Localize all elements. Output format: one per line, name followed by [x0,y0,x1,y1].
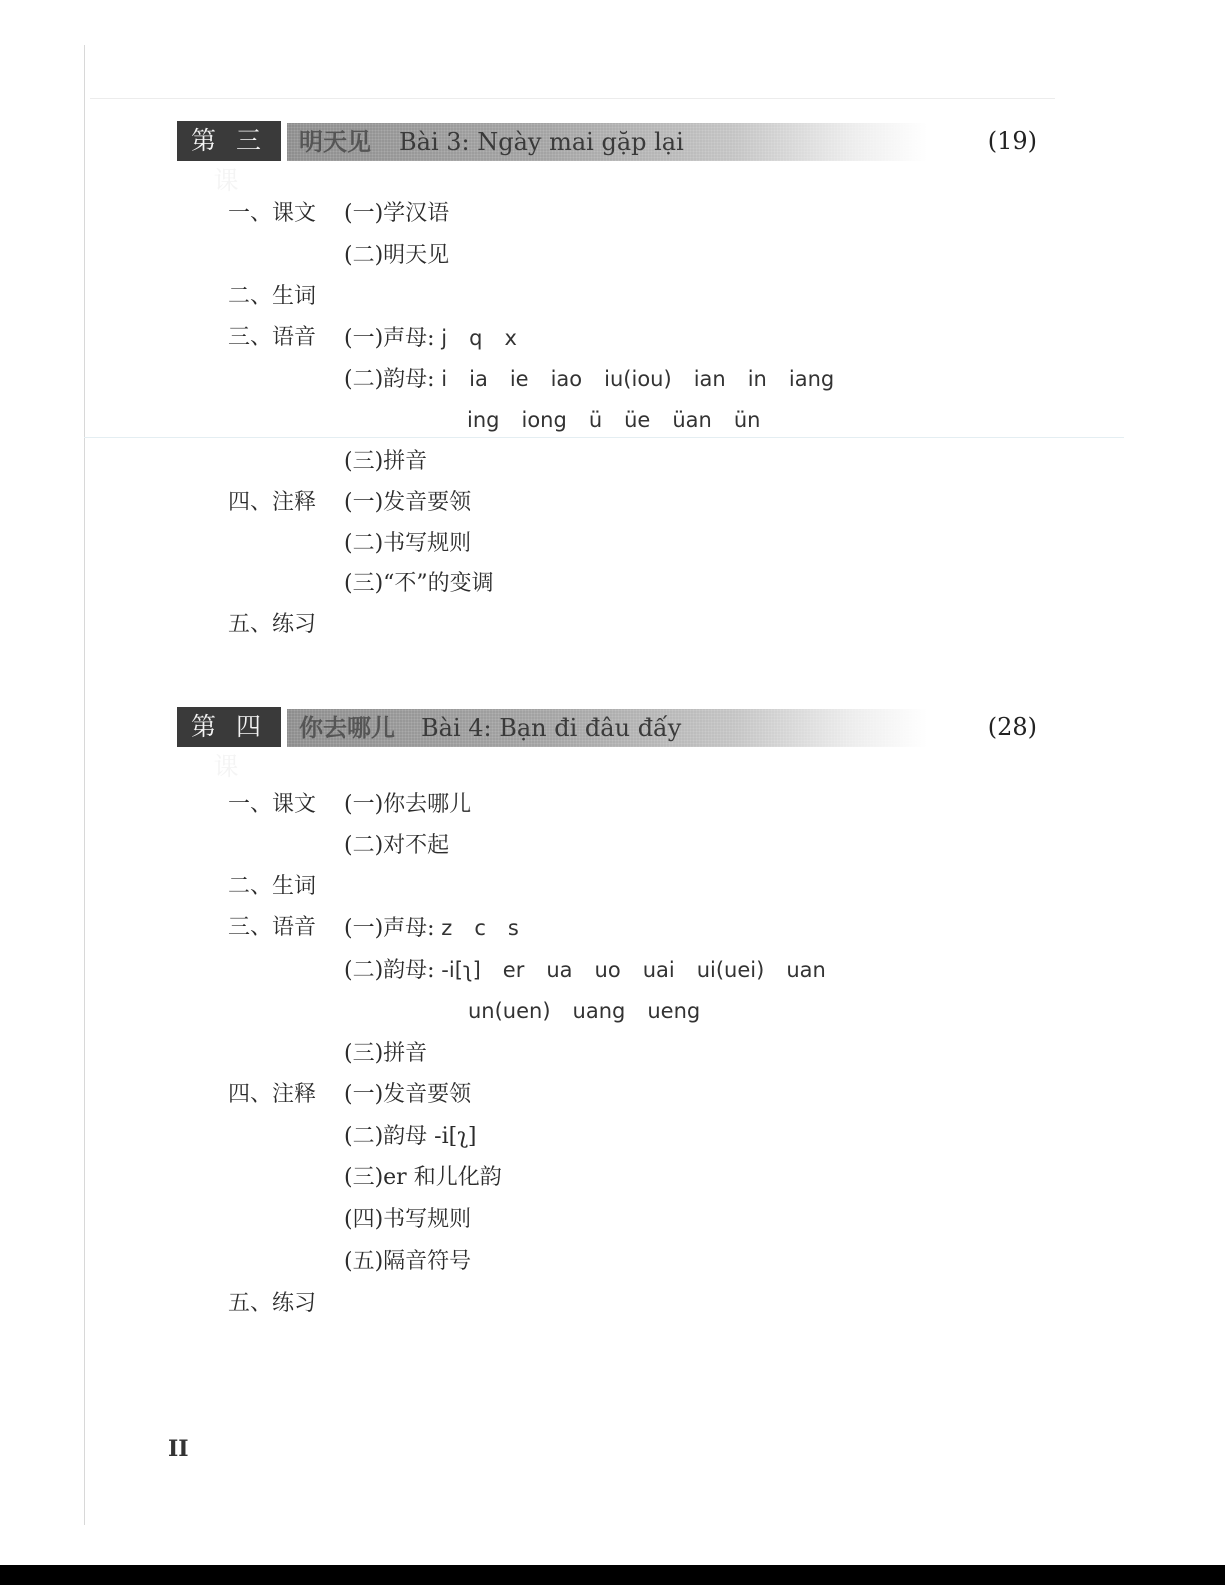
section-label: 四、注释 [228,1081,316,1109]
sub-item: (四)书写规则 [344,1206,471,1234]
lesson-title-vi: Bài 3: Ngày mai gặp lại [399,123,684,161]
sub-item-initials: (一)声母: jqx [344,324,539,353]
lesson-title-vi: Bài 4: Bạn đi đâu đấy [421,709,681,747]
sub-item: (一)发音要领 [344,1081,471,1109]
pinyin: ie [510,367,529,391]
lesson-page-number: (28) [988,707,1037,747]
sub-item: (五)隔音符号 [344,1248,471,1276]
pinyin: uan [786,958,826,982]
pinyin: ueng [647,999,700,1023]
lesson-4-header: 第 四 课 你去哪儿 Bài 4: Bạn đi đâu đấy (28) [177,707,1037,747]
pinyin: un(uen) [468,999,551,1023]
lesson-page-number: (19) [988,121,1037,161]
sub-item: (二)书写规则 [344,530,471,558]
sub-item: (二)明天见 [344,242,449,270]
pinyin: er [503,958,525,982]
pinyin: üan [672,408,712,432]
section-label: 五、练习 [228,611,316,639]
scan-bottom-edge [0,1565,1225,1585]
section-label: 一、课文 [228,791,316,819]
sub-item-finals: (二)韵母: iiaieiaoiu(iou)ianiniang [344,365,856,394]
section-label: 三、语音 [228,914,316,942]
page-rule-mid [84,437,1124,438]
pinyin: i [441,367,447,391]
sub-item: (二)韵母 -i[ʅ] [344,1123,477,1151]
pinyin: ing [467,408,499,432]
sub-item: (三)拼音 [344,448,427,476]
pinyin: iang [789,367,834,391]
section-label: 三、语音 [228,324,316,352]
lesson-title-bar: 明天见 Bài 3: Ngày mai gặp lại [287,123,927,161]
lesson-title-cn: 明天见 [299,123,371,161]
sub-item: (三)“不”的变调 [344,570,494,598]
page-number: II [168,1436,189,1462]
pinyin: ua [546,958,572,982]
finals-list-line2: un(uen)uangueng [468,997,722,1025]
finals-label: (二)韵母: [344,958,435,983]
pinyin: iu(iou) [604,367,672,391]
pinyin: ui(uei) [697,958,765,982]
finals-list: iiaieiaoiu(iou)ianiniang [435,367,857,391]
sub-item: (二)对不起 [344,832,449,860]
lesson-title-cn: 你去哪儿 [299,709,395,747]
sub-item-finals: (二)韵母: -i[ʅ]eruauouaiui(uei)uan [344,956,848,985]
finals-list: -i[ʅ]eruauouaiui(uei)uan [435,958,848,982]
section-label: 四、注释 [228,489,316,517]
section-label: 一、课文 [228,200,316,228]
pinyin: uo [595,958,621,982]
section-label: 五、练习 [228,1290,316,1318]
lesson-badge: 第 三 课 [177,121,281,161]
sub-item: (一)学汉语 [344,200,449,228]
finals-list-line2: ingiongüüeüanün [467,406,782,434]
pinyin: s [508,916,519,940]
page-border-left [84,45,85,1525]
section-label: 二、生词 [228,873,316,901]
lesson-title-bar: 你去哪儿 Bài 4: Bạn đi đâu đấy [287,709,927,747]
sub-item: (一)发音要领 [344,489,471,517]
initials-list: zcs [435,916,541,940]
pinyin: üe [624,408,650,432]
sub-item-initials: (一)声母: zcs [344,914,541,943]
pinyin: c [474,916,486,940]
pinyin: uai [643,958,675,982]
pinyin: x [504,326,516,350]
pinyin: -i[ʅ] [441,958,481,982]
pinyin: z [441,916,452,940]
lesson-3-header: 第 三 课 明天见 Bài 3: Ngày mai gặp lại (19) [177,121,1037,161]
pinyin: ün [734,408,761,432]
pinyin: iong [521,408,566,432]
pinyin: ü [589,408,602,432]
pinyin: ia [469,367,488,391]
lesson-badge: 第 四 课 [177,707,281,747]
initials-label: (一)声母: [344,916,435,941]
pinyin: q [469,326,482,350]
pinyin: j [441,326,447,350]
sub-item: (三)er 和儿化韵 [344,1164,502,1192]
sub-item: (三)拼音 [344,1040,427,1068]
sub-item: (一)你去哪儿 [344,791,471,819]
pinyin: iao [551,367,583,391]
pinyin: in [748,367,767,391]
page-rule-top [90,98,1055,99]
pinyin: uang [573,999,626,1023]
finals-label: (二)韵母: [344,367,435,392]
initials-label: (一)声母: [344,326,435,351]
initials-list: jqx [435,326,539,350]
pinyin: ian [694,367,726,391]
section-label: 二、生词 [228,283,316,311]
